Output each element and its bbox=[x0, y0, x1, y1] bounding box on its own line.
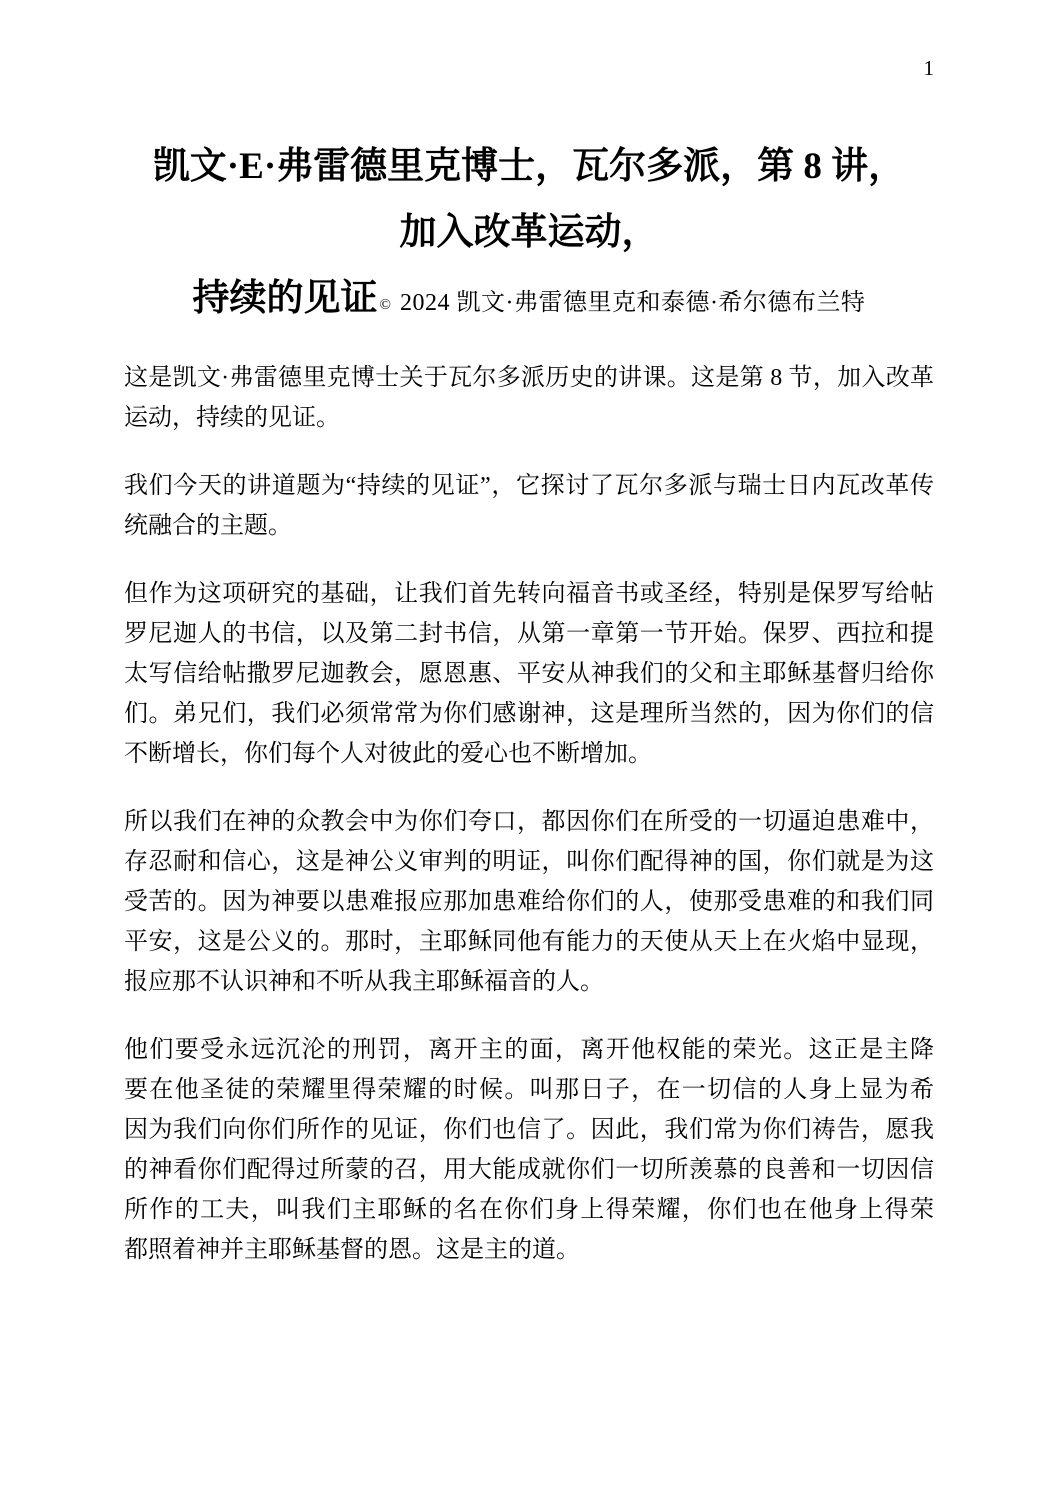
title-line-3-main: 持续的见证 bbox=[193, 278, 378, 319]
title-line-3: 持续的见证©2024 凯文·弗雷德里克和泰德·希尔德布兰特 bbox=[124, 266, 934, 338]
text-line: 我们今天的讲道题为“持续的见证”，它探讨了瓦尔多派与瑞士日内瓦改革传 bbox=[124, 466, 934, 506]
text-line: 们。弟兄们，我们必须常常为你们感谢神，这是理所当然的，因为你们的信心 bbox=[124, 694, 934, 734]
text-line: 存忍耐和信心，这是神公义审判的明证，叫你们配得神的国，你们就是为这国 bbox=[124, 842, 934, 882]
text-line: 受苦的。因为神要以患难报应那加患难给你们的人，使那受患难的和我们同得 bbox=[124, 882, 934, 922]
text-line: 因为我们向你们所作的见证，你们也信了。因此，我们常为你们祷告，愿我们 bbox=[124, 1110, 934, 1150]
paragraph: 他们要受永远沉沦的刑罚，离开主的面，离开他权能的荣光。这正是主降临，要在他圣徒的… bbox=[124, 1030, 934, 1270]
text-line: 都照着神并主耶稣基督的恩。这是主的道。 bbox=[124, 1230, 934, 1270]
text-line: 所作的工夫，叫我们主耶稣的名在你们身上得荣耀，你们也在他身上得荣耀， bbox=[124, 1190, 934, 1230]
text-line: 的神看你们配得过所蒙的召，用大能成就你们一切所羡慕的良善和一切因信心 bbox=[124, 1150, 934, 1190]
document-page: 1 凯文·E·弗雷德里克博士，瓦尔多派，第 8 讲， 加入改革运动， 持续的见证… bbox=[0, 0, 1058, 1497]
text-line: 这是凯文·弗雷德里克博士关于瓦尔多派历史的讲课。这是第 8 节，加入改革 bbox=[124, 358, 934, 398]
title-line-2: 加入改革运动， bbox=[124, 200, 934, 266]
paragraph: 但作为这项研究的基础，让我们首先转向福音书或圣经，特别是保罗写给帖撒罗尼迦人的书… bbox=[124, 574, 934, 774]
document-body: 这是凯文·弗雷德里克博士关于瓦尔多派历史的讲课。这是第 8 节，加入改革运动，持… bbox=[124, 358, 934, 1270]
page-number: 1 bbox=[924, 56, 935, 80]
text-line: 罗尼迦人的书信，以及第二封书信，从第一章第一节开始。保罗、西拉和提摩 bbox=[124, 614, 934, 654]
text-line: 不断增长，你们每个人对彼此的爱心也不断增加。 bbox=[124, 734, 934, 774]
text-line: 统融合的主题。 bbox=[124, 506, 934, 546]
text-line: 运动，持续的见证。 bbox=[124, 398, 934, 438]
text-line: 平安，这是公义的。那时，主耶稣同他有能力的天使从天上在火焰中显现，要 bbox=[124, 922, 934, 962]
copyright-symbol: © bbox=[380, 297, 391, 313]
document-title: 凯文·E·弗雷德里克博士，瓦尔多派，第 8 讲， 加入改革运动， 持续的见证©2… bbox=[124, 134, 934, 338]
paragraph: 所以我们在神的众教会中为你们夸口，都因你们在所受的一切逼迫患难中，仍存忍耐和信心… bbox=[124, 802, 934, 1002]
title-line-1: 凯文·E·弗雷德里克博士，瓦尔多派，第 8 讲， bbox=[124, 134, 934, 200]
text-line: 报应那不认识神和不听从我主耶稣福音的人。 bbox=[124, 962, 934, 1002]
text-line: 但作为这项研究的基础，让我们首先转向福音书或圣经，特别是保罗写给帖撒 bbox=[124, 574, 934, 614]
text-line: 要在他圣徒的荣耀里得荣耀的时候。叫那日子，在一切信的人身上显为希奇。 bbox=[124, 1070, 934, 1110]
text-line: 太写信给帖撒罗尼迦教会，愿恩惠、平安从神我们的父和主耶稣基督归给你 bbox=[124, 654, 934, 694]
text-line: 他们要受永远沉沦的刑罚，离开主的面，离开他权能的荣光。这正是主降临， bbox=[124, 1030, 934, 1070]
text-line: 所以我们在神的众教会中为你们夸口，都因你们在所受的一切逼迫患难中，仍 bbox=[124, 802, 934, 842]
copyright-text: 2024 凯文·弗雷德里克和泰德·希尔德布兰特 bbox=[400, 290, 865, 316]
paragraph: 这是凯文·弗雷德里克博士关于瓦尔多派历史的讲课。这是第 8 节，加入改革运动，持… bbox=[124, 358, 934, 438]
paragraph: 我们今天的讲道题为“持续的见证”，它探讨了瓦尔多派与瑞士日内瓦改革传统融合的主题… bbox=[124, 466, 934, 546]
